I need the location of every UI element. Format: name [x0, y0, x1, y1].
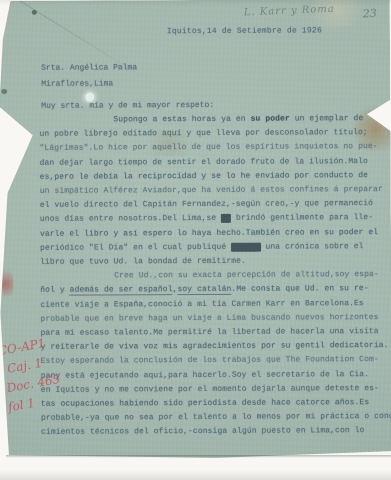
- recipient-city: Miraflores,Lima: [41, 79, 113, 88]
- edge-dot-left: [1, 89, 7, 94]
- dateline: Iquitos,14 de Setiembre de 1926: [167, 26, 322, 36]
- white-spot: [85, 93, 94, 102]
- edge-dot-top: [32, 10, 37, 15]
- pencil-annotation: L. Karr y Roma: [244, 4, 335, 19]
- recipient-name: Srta. Angélica Palma: [41, 63, 137, 73]
- page-number: 23: [362, 7, 377, 21]
- scanned-letter-page: L. Karr y Roma 23 Iquitos,14 de Setiembr…: [0, 0, 391, 480]
- letter-body: Supongo a estas horas ya en su poder un …: [39, 112, 389, 440]
- letter-paper: L. Karr y Roma 23 Iquitos,14 de Setiembr…: [0, 0, 391, 480]
- body-line: cimientos técnicos del oficio,-consiga a…: [41, 424, 389, 440]
- red-mark-lower: [0, 267, 13, 301]
- salutation: Muy srta. mía y de mi mayor respeto:: [41, 101, 214, 111]
- red-mark-upper: [0, 179, 10, 186]
